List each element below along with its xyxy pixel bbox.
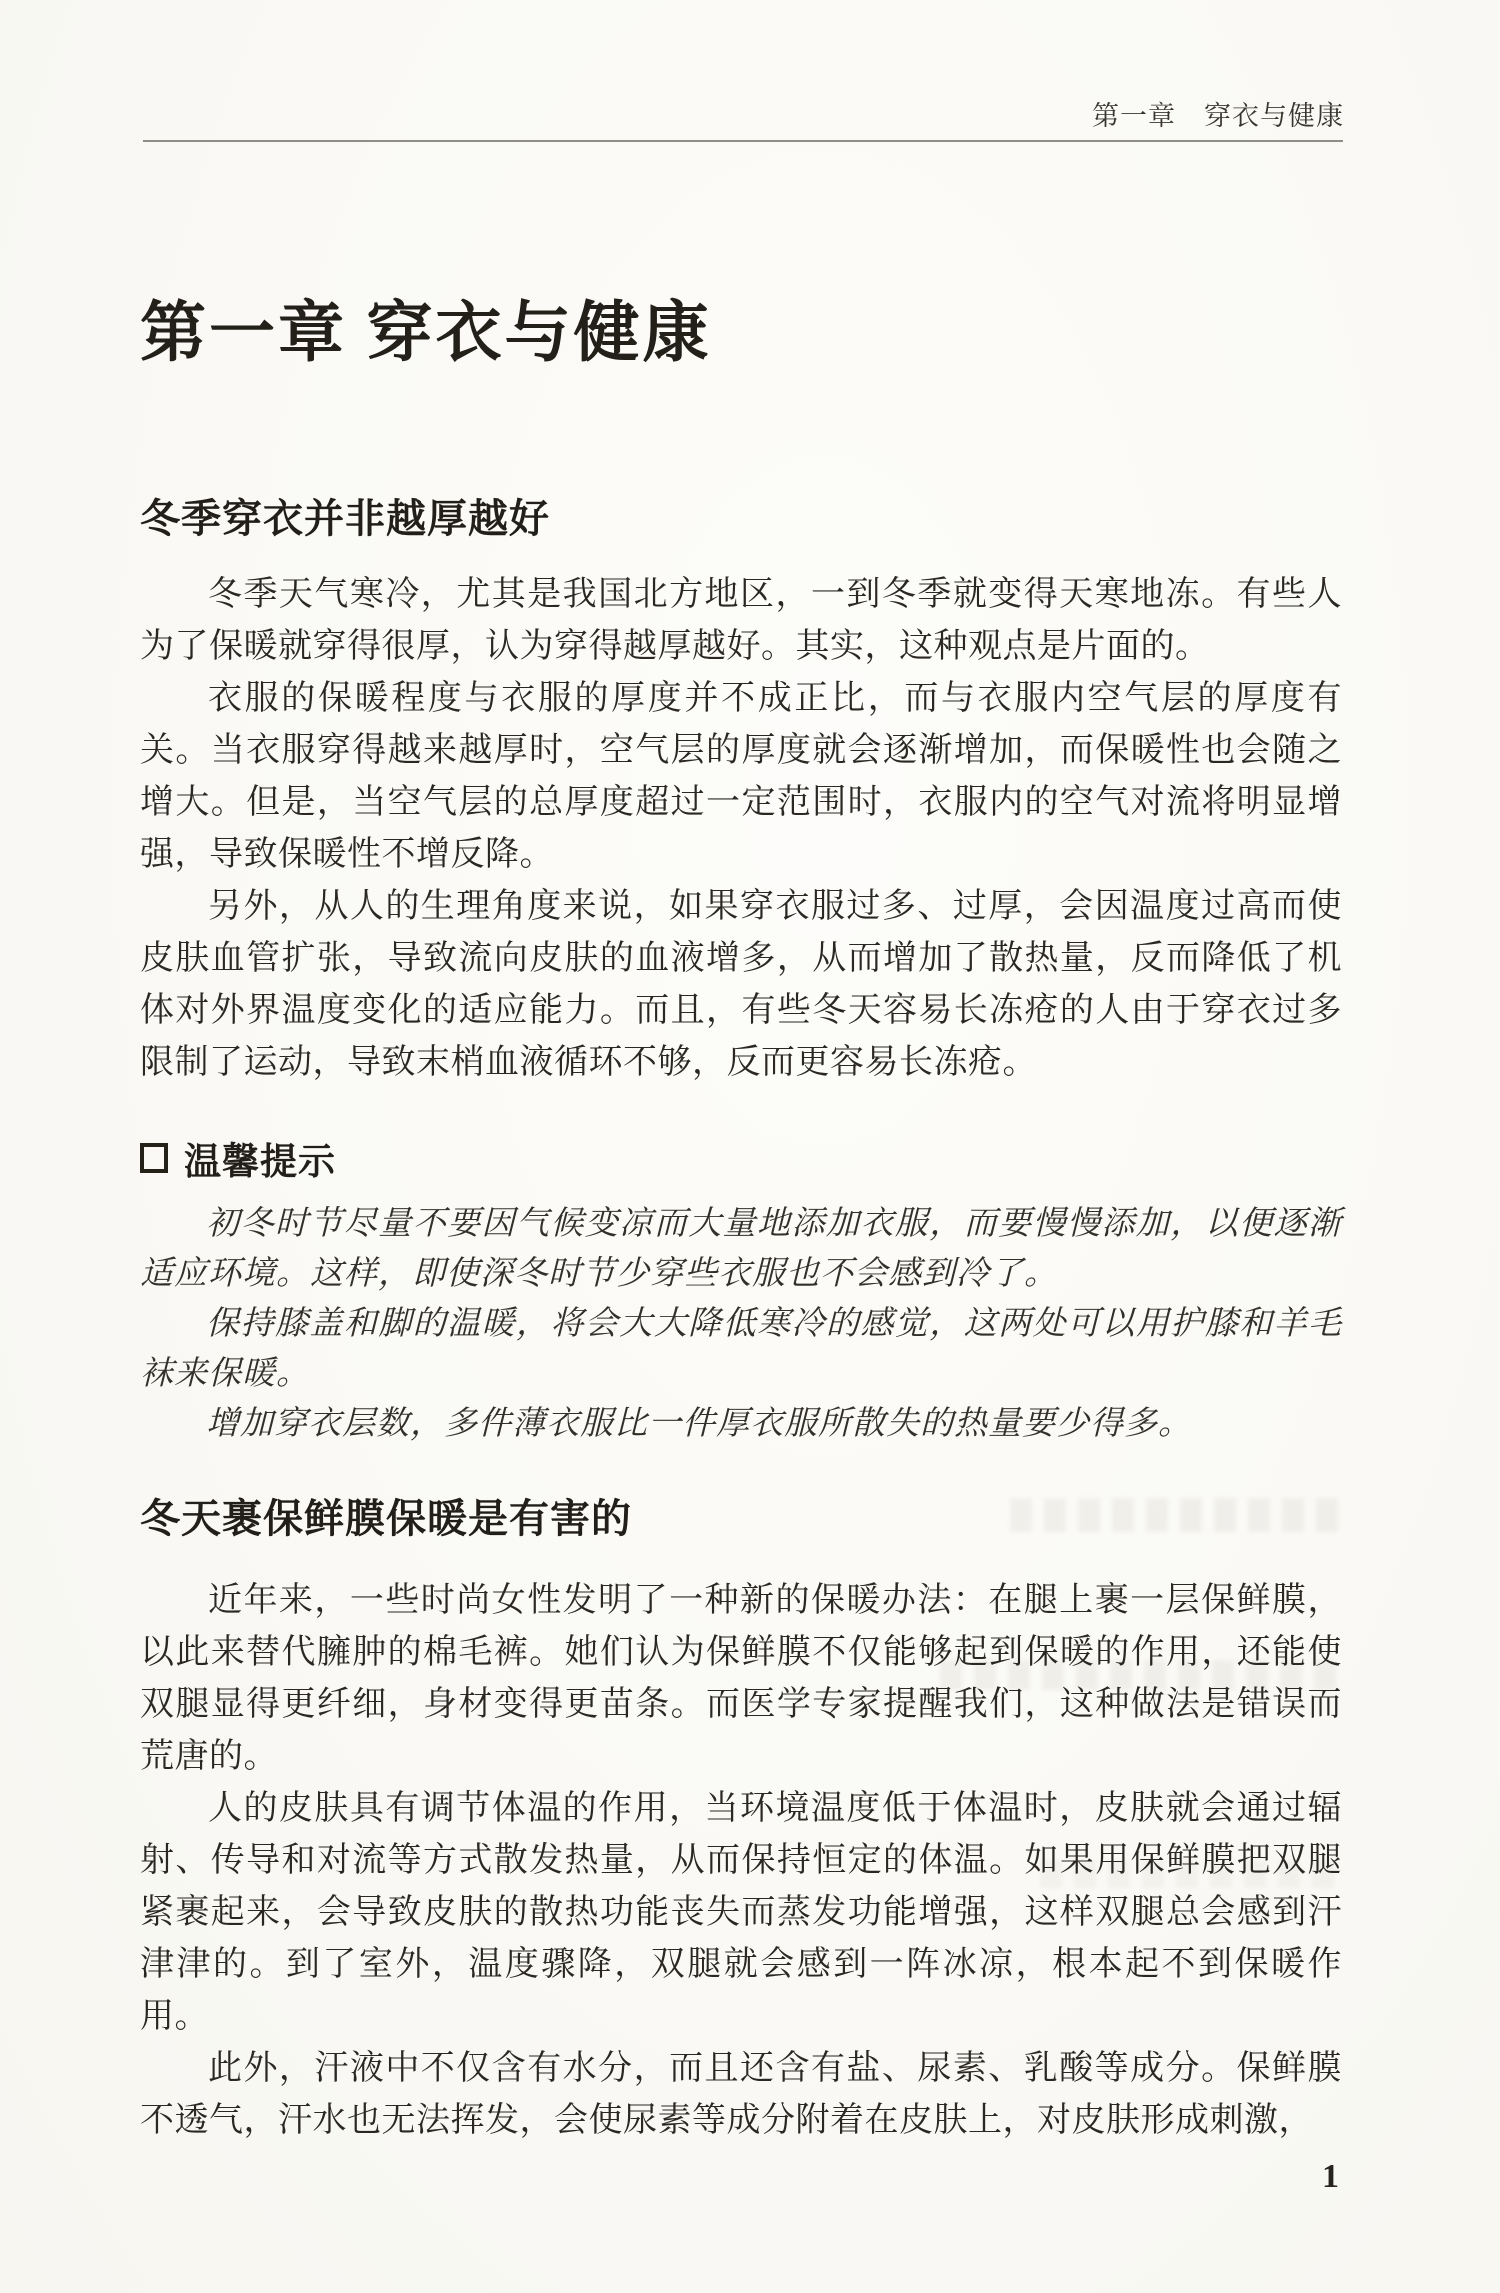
body-paragraph: 衣服的保暖程度与衣服的厚度并不成正比，而与衣服内空气层的厚度有关。当衣服穿得越来… bbox=[140, 673, 1342, 881]
chapter-title: 第一章 穿衣与健康 bbox=[140, 0, 1342, 373]
tip-body: 初冬时节尽量不要因气候变凉而大量地添加衣服，而要慢慢添加，以便逐渐适应环境。这样… bbox=[140, 1199, 1342, 1449]
section-body: 冬季天气寒冷，尤其是我国北方地区，一到冬季就变得天寒地冻。有些人为了保暖就穿得很… bbox=[140, 569, 1342, 1089]
page-number: 1 bbox=[1322, 2158, 1339, 2196]
tip-heading: 温馨提示 bbox=[140, 1131, 1342, 1185]
body-paragraph: 近年来，一些时尚女性发明了一种新的保暖办法：在腿上裹一层保鲜膜，以此来替代臃肿的… bbox=[140, 1575, 1342, 1783]
body-paragraph: 另外，从人的生理角度来说，如果穿衣服过多、过厚，会因温度过高而使皮肤血管扩张，导… bbox=[140, 881, 1342, 1089]
body-paragraph: 此外，汗液中不仅含有水分，而且还含有盐、尿素、乳酸等成分。保鲜膜不透气，汗水也无… bbox=[140, 2043, 1342, 2147]
open-square-bullet-icon bbox=[140, 1143, 168, 1173]
body-paragraph: 冬季天气寒冷，尤其是我国北方地区，一到冬季就变得天寒地冻。有些人为了保暖就穿得很… bbox=[140, 569, 1342, 673]
tip-paragraph: 增加穿衣层数，多件薄衣服比一件厚衣服所散失的热量要少得多。 bbox=[140, 1399, 1342, 1449]
tip-title: 温馨提示 bbox=[184, 1131, 336, 1185]
tip-paragraph: 保持膝盖和脚的温暖，将会大大降低寒冷的感觉，这两处可以用护膝和羊毛袜来保暖。 bbox=[140, 1299, 1342, 1399]
section-body: 近年来，一些时尚女性发明了一种新的保暖办法：在腿上裹一层保鲜膜，以此来替代臃肿的… bbox=[140, 1575, 1342, 2147]
page-content: 第一章 穿衣与健康 冬季穿衣并非越厚越好 冬季天气寒冷，尤其是我国北方地区，一到… bbox=[140, 0, 1342, 2147]
tip-paragraph: 初冬时节尽量不要因气候变凉而大量地添加衣服，而要慢慢添加，以便逐渐适应环境。这样… bbox=[140, 1199, 1342, 1299]
book-page: 第一章 穿衣与健康 第一章 穿衣与健康 冬季穿衣并非越厚越好 冬季天气寒冷，尤其… bbox=[0, 0, 1500, 2293]
body-paragraph: 人的皮肤具有调节体温的作用，当环境温度低于体温时，皮肤就会通过辐射、传导和对流等… bbox=[140, 1783, 1342, 2043]
section-heading-plastic-wrap: 冬天裹保鲜膜保暖是有害的 bbox=[140, 1495, 1342, 1543]
section-heading-winter-clothing: 冬季穿衣并非越厚越好 bbox=[140, 495, 1342, 543]
